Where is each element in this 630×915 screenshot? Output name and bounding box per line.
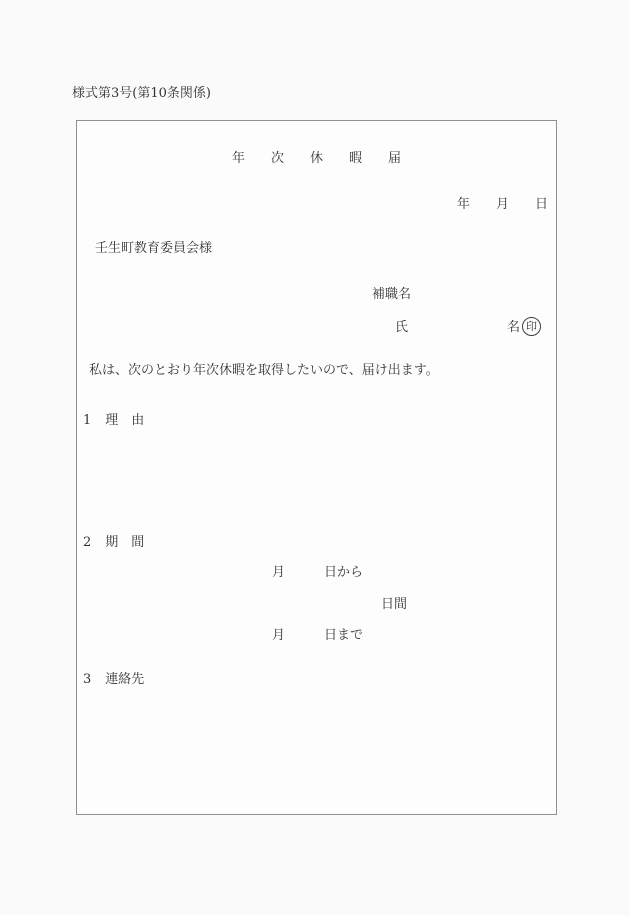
section-contact-number: 3 <box>83 672 91 687</box>
seal-icon: 印 <box>522 317 541 336</box>
section-reason-label: 理 由 <box>105 413 144 428</box>
position-title-label: 補職名 <box>372 287 411 302</box>
form-title: 年 次 休 暇 届 <box>77 151 556 166</box>
section-period: 2 期 間 <box>83 535 144 550</box>
section-period-label: 期 間 <box>105 535 144 550</box>
section-period-number: 2 <box>83 535 91 550</box>
document-page: 様式第3号(第10条関係) 年 次 休 暇 届 年 月 日 壬生町教育委員会様 … <box>0 0 630 915</box>
form-number-label: 様式第3号(第10条関係) <box>72 82 211 101</box>
seal-character: 印 <box>526 321 537 332</box>
addressee-line: 壬生町教育委員会様 <box>95 241 212 256</box>
section-reason: 1 理 由 <box>83 413 144 428</box>
declaration-sentence: 私は、次のとおり年次休暇を取得したいので、届け出ます。 <box>89 363 439 378</box>
period-days-line: 日間 <box>381 597 407 612</box>
section-contact: 3 連絡先 <box>83 672 144 687</box>
form-border-box: 年 次 休 暇 届 年 月 日 壬生町教育委員会様 補職名 氏 名 印 私は、次… <box>76 120 557 815</box>
section-contact-label: 連絡先 <box>105 672 144 687</box>
name-line: 氏 名 印 <box>77 320 556 340</box>
period-from-line: 月 日から <box>272 565 363 580</box>
period-to-line: 月 日まで <box>272 628 363 643</box>
name-label-first: 名 <box>507 320 520 335</box>
name-label-last: 氏 <box>395 320 408 335</box>
date-line: 年 月 日 <box>457 197 548 212</box>
section-reason-number: 1 <box>83 413 91 428</box>
